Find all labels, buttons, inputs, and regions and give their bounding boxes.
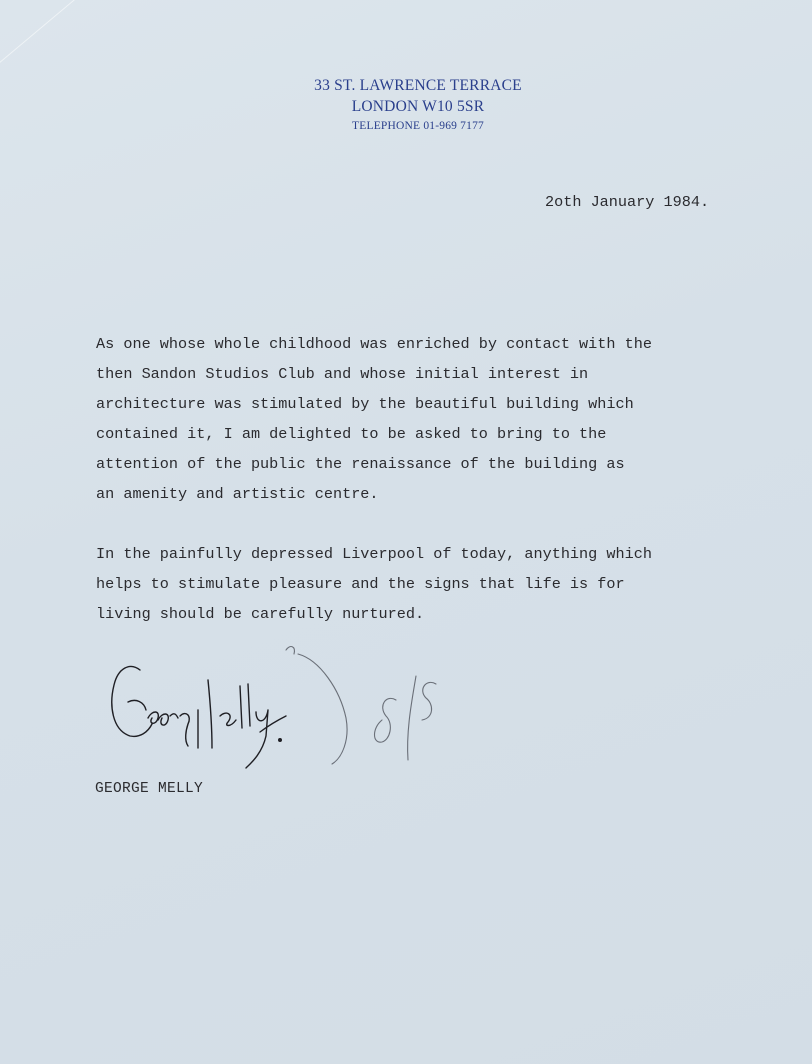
paper-crease <box>0 0 75 71</box>
letter-page: 33 ST. LAWRENCE TERRACE LONDON W10 5SR T… <box>0 0 812 1064</box>
letter-date: 2oth January 1984. <box>545 193 709 211</box>
letterhead-telephone: TELEPHONE 01-969 7177 <box>0 117 812 135</box>
letterhead-address-line2: LONDON W10 5SR <box>0 96 812 117</box>
typed-signatory-name: GEORGE MELLY <box>95 781 203 797</box>
letter-paragraph-2: In the painfully depressed Liverpool of … <box>96 539 736 629</box>
letter-paragraph-1: As one whose whole childhood was enriche… <box>96 329 736 509</box>
handwritten-signature <box>100 640 480 780</box>
letterhead: 33 ST. LAWRENCE TERRACE LONDON W10 5SR T… <box>0 76 812 135</box>
letterhead-address-line1: 33 ST. LAWRENCE TERRACE <box>0 76 812 96</box>
